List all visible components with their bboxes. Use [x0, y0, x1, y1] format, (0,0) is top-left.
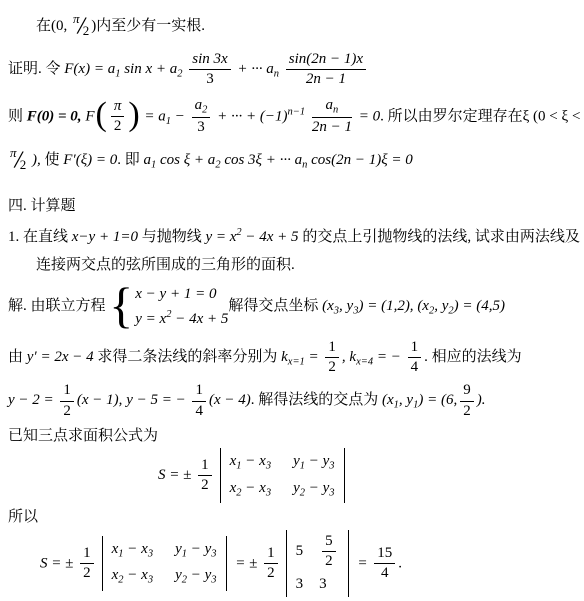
subscript: 2	[236, 487, 241, 498]
denominator: 2	[80, 564, 94, 582]
chinese-text: 连接两交点的弦所围成的三角形的面积.	[36, 257, 295, 273]
numerator: 1	[325, 339, 339, 358]
area-computation: S = ± 12x1 − x3y1 − y3x2 − x3y2 − y3 = ±…	[40, 530, 576, 598]
math-run: a	[326, 97, 334, 113]
fraction: an2n − 1	[312, 97, 352, 137]
determinant: x1 − x3y1 − y3x2 − x3y2 − y3	[102, 536, 227, 591]
matrix-cell: x1 − x3	[230, 451, 271, 474]
numerator: 1	[264, 545, 278, 564]
denominator: 3	[189, 70, 230, 88]
denominator: 2	[325, 358, 339, 376]
chinese-text: 与抛物线	[142, 229, 202, 245]
math-run: = a	[144, 108, 165, 124]
fraction: 12	[80, 545, 94, 583]
math-run: (x	[417, 298, 429, 314]
matrix-cell: x2 − x3	[112, 565, 153, 588]
chinese-text: 解得交点坐标	[228, 298, 318, 314]
fraction: 14	[408, 339, 422, 377]
math-run: (x	[322, 298, 334, 314]
math-run: cos 3ξ + ··· a	[224, 152, 302, 168]
fraction: 52	[322, 533, 336, 571]
subscript: 2	[300, 487, 305, 498]
chinese-text: . 解得法线的交点为	[251, 392, 379, 408]
system-equation-2: y = x2 − 4x + 5	[135, 307, 228, 331]
solution-line-5: 所以	[8, 507, 576, 527]
denominator: 2	[111, 117, 125, 135]
math-run: (x − 4)	[209, 392, 251, 408]
math-run: − y	[191, 541, 212, 557]
math-run: (x − 1),	[77, 392, 123, 408]
math-run: = ±	[235, 555, 257, 571]
fraction: a23	[192, 97, 211, 137]
math-run: ),	[32, 152, 41, 168]
subscript: 1	[151, 160, 156, 171]
fraction: 12	[325, 339, 339, 377]
proof-line-3: π/2 ), 使 F′(ξ) = 0. 即 a1 cos ξ + a2 cos …	[8, 142, 576, 177]
document: 在(0, π/2)内至少有一实根. 证明. 令 F(x) = a1 sin x …	[8, 8, 576, 597]
determinant-grid: x1 − x3y1 − y3x2 − x3y2 − y3	[221, 448, 344, 503]
math-run: =	[357, 555, 367, 571]
math-run: = 0	[359, 108, 380, 124]
denominator: 4	[408, 358, 422, 376]
proof-line-1: 证明. 令 F(x) = a1 sin x + a2 sin 3x3 + ···…	[8, 51, 576, 89]
math-run-bold: F(0) = 0,	[27, 108, 82, 124]
solution-label: 解. 由联立方程	[8, 298, 106, 314]
math-run: + ··· a	[237, 61, 273, 77]
numerator: sin(2n − 1)x	[286, 51, 366, 70]
chinese-text: 求得二条法线的斜率分别为	[97, 349, 277, 365]
math-run: − y	[309, 453, 330, 469]
matrix-cell: y2 − y3	[293, 478, 334, 501]
subscript: 1	[182, 548, 187, 559]
math-run: cos ξ + a	[160, 152, 215, 168]
subscript: 2	[182, 575, 187, 586]
subscript: 3	[329, 487, 334, 498]
subscript: 1	[300, 461, 305, 472]
math-run: sin x + a	[124, 61, 177, 77]
numerator: 1	[198, 457, 212, 476]
numerator: an	[312, 97, 352, 119]
math-run: S = ±	[158, 467, 191, 483]
math-run: , y	[434, 298, 448, 314]
subscript: 2	[177, 69, 182, 80]
subscript: 3	[211, 548, 216, 559]
numerator: 1	[60, 382, 74, 401]
solution-line-2: 由 y′ = 2x − 4 求得二条法线的斜率分别为 kx=1 = 12, kx…	[8, 339, 576, 377]
denominator: 2n − 1	[286, 70, 366, 88]
math-run: x−y + 1=0	[72, 229, 138, 245]
fraction: 12	[264, 545, 278, 583]
numerator: 1	[408, 339, 422, 358]
determinant-grid: x1 − x3y1 − y3x2 − x3y2 − y3	[103, 536, 226, 591]
math-run: F	[85, 108, 94, 124]
denominator: 3	[192, 118, 211, 136]
numerator: 1	[192, 382, 206, 401]
math-run: S = ±	[40, 555, 73, 571]
math-run: ).	[477, 392, 486, 408]
fraction: 92	[460, 382, 474, 420]
problem-number: 1.	[8, 229, 19, 245]
math-run: , y	[399, 392, 413, 408]
period: .	[398, 555, 402, 571]
math-run: F′(ξ) = 0	[63, 152, 117, 168]
math-run: = −	[377, 349, 401, 365]
math-run: y = x	[135, 311, 166, 327]
subscript: 1	[118, 548, 123, 559]
math-run: − y	[309, 480, 330, 496]
subscript: n	[333, 104, 338, 115]
math-run: y	[293, 480, 300, 496]
math-run: − x	[127, 567, 148, 583]
subscript: 1	[166, 115, 171, 126]
math-run: − x	[245, 480, 266, 496]
pi-over-2-slant-fraction: π/2	[73, 8, 89, 43]
denominator: 2	[60, 402, 74, 420]
matrix-cell: 3	[296, 574, 304, 594]
subscript: 3	[266, 461, 271, 472]
matrix-cell: y2 − y3	[175, 565, 216, 588]
math-run: y′ = 2x − 4	[27, 349, 94, 365]
math-run: F(x) = a	[64, 61, 115, 77]
math-run: y	[293, 453, 300, 469]
math-run: ,	[342, 349, 346, 365]
subscript: x=4	[356, 356, 373, 367]
intro-line: 在(0, π/2)内至少有一实根.	[36, 8, 576, 43]
fraction: 12	[198, 457, 212, 495]
matrix-cell: 52	[319, 533, 339, 571]
subscript: 3	[148, 548, 153, 559]
denominator: 2	[460, 402, 474, 420]
subscript: 2	[215, 160, 220, 171]
denominator: 2	[198, 476, 212, 494]
superscript: 2	[166, 309, 171, 320]
problem-1-line-2: 连接两交点的弦所围成的三角形的面积.	[36, 255, 576, 275]
solution-line-1: 解. 由联立方程 {x − y + 1 = 0y = x2 − 4x + 5解得…	[8, 283, 576, 331]
numerator: 15	[374, 545, 395, 564]
solution-line-3: y − 2 = 12(x − 1), y − 5 = − 14(x − 4). …	[8, 382, 576, 420]
subscript: n	[274, 69, 279, 80]
subscript: x=1	[288, 356, 305, 367]
math-run: y	[175, 567, 182, 583]
numerator: 5	[322, 533, 336, 552]
area-formula: S = ± 12x1 − x3y1 − y3x2 − x3y2 − y3	[158, 448, 576, 503]
chinese-text: 在直线	[23, 229, 68, 245]
intro-text-post: )内至少有一实根.	[91, 18, 205, 34]
chinese-text: 所以	[8, 509, 38, 525]
system-equation-1: x − y + 1 = 0	[135, 283, 228, 306]
denominator: 2	[264, 564, 278, 582]
numerator: a2	[192, 97, 211, 119]
matrix-cell: x2 − x3	[230, 478, 271, 501]
subscript: n	[302, 160, 307, 171]
superscript: 2	[236, 227, 241, 238]
matrix-cell: x1 − x3	[112, 539, 153, 562]
denominator: 4	[192, 402, 206, 420]
chinese-text: 则	[8, 108, 23, 124]
math-run: + ··· + (−1)	[217, 108, 287, 124]
chinese-text: 使	[45, 152, 60, 168]
chinese-text: 由	[8, 349, 23, 365]
math-run: =	[309, 349, 319, 365]
math-run: y = x	[205, 229, 236, 245]
chinese-text: 已知三点求面积公式为	[8, 428, 158, 444]
determinant-numeric: 55233	[286, 530, 349, 598]
math-run: y − 2 =	[8, 392, 54, 408]
determinant: x1 − x3y1 − y3x2 − x3y2 − y3	[220, 448, 345, 503]
matrix-cell: 3	[319, 574, 327, 594]
numerator: sin 3x	[189, 51, 230, 70]
fraction: 12	[60, 382, 74, 420]
intro-text-pre: 在(0,	[36, 18, 67, 34]
proof-label: 证明. 令	[8, 61, 61, 77]
fraction: 14	[192, 382, 206, 420]
chinese-text: . 相应的法线为	[424, 349, 522, 365]
problem-1-line-1: 1. 在直线 x−y + 1=0 与抛物线 y = x2 − 4x + 5 的交…	[8, 226, 576, 247]
math-run: cos(2n − 1)ξ = 0	[311, 152, 413, 168]
math-run: (x	[382, 392, 394, 408]
numerator: 9	[460, 382, 474, 401]
equation-system: x − y + 1 = 0y = x2 − 4x + 5	[135, 283, 228, 331]
subscript: 2	[202, 104, 207, 115]
math-run: −	[175, 108, 185, 124]
subscript: 1	[115, 69, 120, 80]
math-run: − y	[191, 567, 212, 583]
determinant-bar	[344, 448, 345, 503]
math-run: ) = (1,2),	[358, 298, 413, 314]
determinant-grid: 55233	[287, 530, 348, 598]
determinant-bar	[226, 536, 227, 591]
math-run: ) = (4,5)	[454, 298, 505, 314]
subscript: 3	[148, 575, 153, 586]
math-run: a	[144, 152, 152, 168]
math-run: − 4x + 5	[245, 229, 298, 245]
section-heading: 四. 计算题	[8, 196, 576, 216]
matrix-cell: y1 − y3	[175, 539, 216, 562]
matrix-cell: y1 − y3	[293, 451, 334, 474]
determinant-bar	[348, 530, 349, 598]
section-title: 四. 计算题	[8, 198, 76, 214]
math-run: y − 5 = −	[126, 392, 186, 408]
solution-line-4: 已知三点求面积公式为	[8, 426, 576, 446]
denominator: 2n − 1	[312, 118, 352, 136]
math-run: ) = (6,	[418, 392, 457, 408]
subscript: 3	[329, 461, 334, 472]
math-run: k	[281, 349, 288, 365]
fraction: sin(2n − 1)x2n − 1	[286, 51, 366, 89]
math-run: , y	[339, 298, 353, 314]
math-run: − 4x + 5	[175, 311, 228, 327]
subscript: 1	[236, 461, 241, 472]
fraction: 154	[374, 545, 395, 583]
chinese-text: . 即	[117, 152, 140, 168]
pi-over-2-slant-fraction: π/2	[10, 142, 26, 177]
chinese-text: 的交点上引抛物线的法线, 试求由两法线及	[302, 229, 580, 245]
chinese-text: . 所以由罗尔定理存在ξ (0 < ξ <	[380, 108, 580, 124]
numerator: 1	[80, 545, 94, 564]
pi-over-2-fraction: π2	[111, 98, 125, 136]
math-run: − x	[245, 453, 266, 469]
superscript: n−1	[288, 106, 306, 117]
numerator: π	[111, 98, 125, 117]
math-run: − x	[127, 541, 148, 557]
denominator: 2	[322, 552, 336, 570]
subscript: 3	[266, 487, 271, 498]
math-run: y	[175, 541, 182, 557]
fraction: sin 3x3	[189, 51, 230, 89]
denominator: 4	[374, 564, 395, 582]
proof-line-2: 则 F(0) = 0, F(π2) = a1 − a23 + ··· + (−1…	[8, 97, 576, 137]
subscript: 2	[118, 575, 123, 586]
subscript: 3	[211, 575, 216, 586]
matrix-cell: 5	[296, 541, 304, 561]
